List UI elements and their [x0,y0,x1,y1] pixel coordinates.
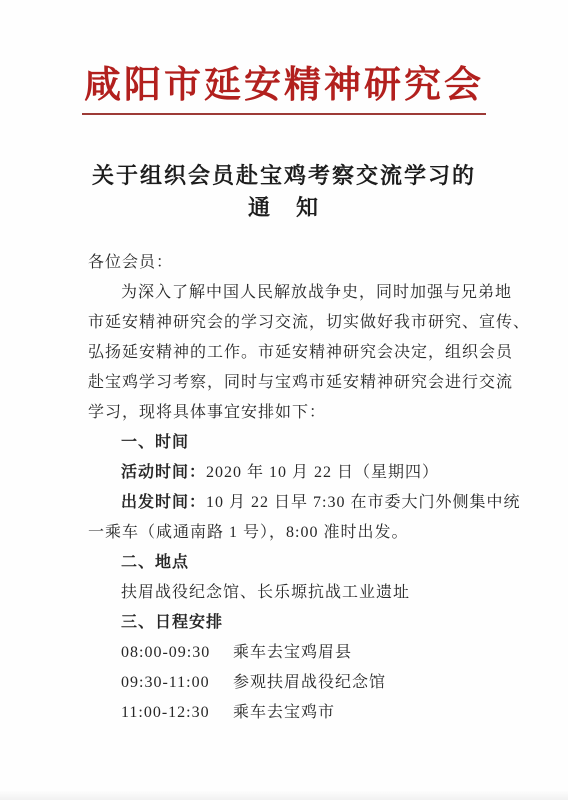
schedule-item-1: 08:00-09:30乘车去宝鸡眉县 [88,638,492,668]
org-name-header: 咸阳市延安精神研究会 [0,64,568,108]
departure-time-line-1: 出发时间：10 月 22 日早 7:30 在市委大门外侧集中统 [88,488,492,518]
notice-title-line2: 通 知 [0,193,568,223]
schedule-time-3: 11:00-12:30 [121,698,217,728]
departure-time-line-2: 一乘车（咸通南路 1 号），8:00 准时出发。 [88,518,492,548]
intro-line-2: 市延安精神研究会的学习交流，切实做好我市研究、宣传、 [88,308,492,338]
schedule-activity-2: 参观扶眉战役纪念馆 [233,674,386,691]
intro-line-3: 弘扬延安精神的工作。市延安精神研究会决定，组织会员 [88,338,492,368]
intro-line-4: 赴宝鸡学习考察，同时与宝鸡市延安精神研究会进行交流 [88,368,492,398]
location-line: 扶眉战役纪念馆、长乐塬抗战工业遗址 [88,578,492,608]
activity-time-value: 2020 年 10 月 22 日（星期四） [206,464,439,481]
schedule-time-2: 09:30-11:00 [121,668,217,698]
schedule-time-1: 08:00-09:30 [121,638,217,668]
schedule-item-3: 11:00-12:30乘车去宝鸡市 [88,698,492,728]
notice-title-line1: 关于组织会员赴宝鸡考察交流学习的 [0,161,568,191]
section-heading-schedule: 三、日程安排 [88,608,492,638]
notice-body: 各位会员： 为深入了解中国人民解放战争史，同时加强与兄弟地 市延安精神研究会的学… [88,248,492,728]
departure-time-label: 出发时间： [121,494,206,511]
header-underline [82,113,486,115]
activity-time-line: 活动时间：2020 年 10 月 22 日（星期四） [88,458,492,488]
schedule-activity-1: 乘车去宝鸡眉县 [233,644,352,661]
intro-line-5: 学习，现将具体事宜安排如下： [88,398,492,428]
schedule-activity-3: 乘车去宝鸡市 [233,704,335,721]
salutation: 各位会员： [88,248,492,278]
scanned-notice-document: 咸阳市延安精神研究会 关于组织会员赴宝鸡考察交流学习的 通 知 各位会员： 为深… [0,0,568,800]
intro-line-1: 为深入了解中国人民解放战争史，同时加强与兄弟地 [88,278,492,308]
activity-time-label: 活动时间： [121,464,206,481]
section-heading-place: 二、地点 [88,548,492,578]
section-heading-time: 一、时间 [88,428,492,458]
departure-time-value: 10 月 22 日早 7:30 在市委大门外侧集中统 [206,494,520,511]
schedule-item-2: 09:30-11:00参观扶眉战役纪念馆 [88,668,492,698]
